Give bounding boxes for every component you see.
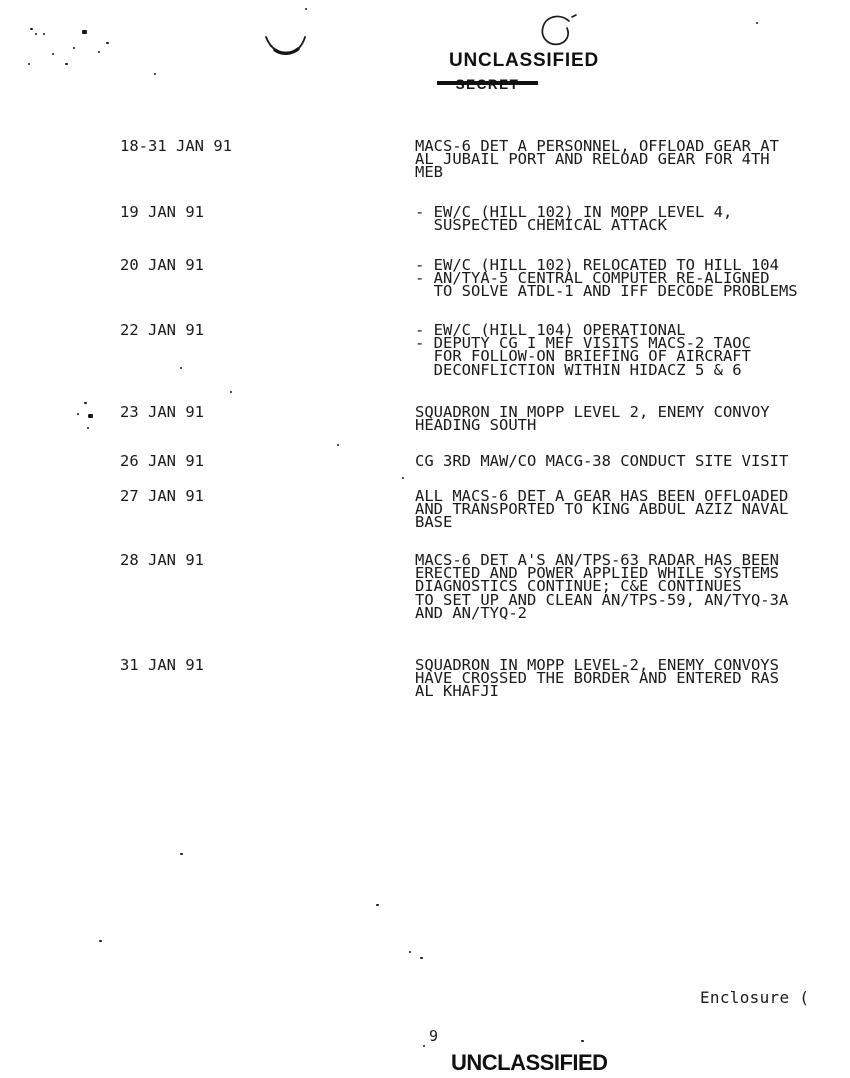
ink-speckle [65, 63, 68, 65]
ink-speckle [581, 1040, 584, 1042]
struck-classification: SECRET [437, 74, 538, 91]
ink-speckle [35, 33, 37, 35]
enclosure-label: Enclosure ( [700, 988, 809, 1007]
ink-speckle [154, 73, 156, 75]
ink-speckle [84, 402, 87, 404]
entry-date: 28 JAN 91 [120, 554, 204, 567]
entry-description: SQUADRON IN MOPP LEVEL 2, ENEMY CONVOY H… [415, 406, 770, 432]
ink-speckle [73, 47, 75, 49]
entry-description: CG 3RD MAW/CO MACG-38 CONDUCT SITE VISIT [415, 455, 788, 468]
entry-description: ALL MACS-6 DET A GEAR HAS BEEN OFFLOADED… [415, 490, 788, 530]
ink-speckle [88, 414, 93, 418]
entry-date: 31 JAN 91 [120, 659, 204, 672]
strikethrough-bar [437, 81, 538, 85]
ink-speckle [409, 951, 411, 953]
ink-speckle [77, 413, 79, 415]
classification-header: UNCLASSIFIED [449, 50, 599, 72]
handwritten-loop-scribble [536, 11, 578, 49]
ink-speckle [30, 28, 33, 30]
ink-speckle [43, 33, 45, 35]
ink-speckle [420, 957, 423, 959]
ink-speckle [87, 427, 89, 429]
classification-footer: UNCLASSIFIED [451, 1050, 608, 1076]
entry-date: 19 JAN 91 [120, 206, 204, 219]
ink-speckle [82, 30, 87, 34]
entry-description: - EW/C (HILL 102) IN MOPP LEVEL 4, SUSPE… [415, 206, 732, 232]
entry-date: 22 JAN 91 [120, 324, 204, 337]
ink-speckle [420, 688, 422, 690]
entry-description: SQUADRON IN MOPP LEVEL-2, ENEMY CONVOYS … [415, 659, 779, 699]
ink-speckle [337, 444, 339, 446]
ink-speckle [376, 904, 379, 906]
ink-speckle [106, 42, 109, 44]
ink-speckle [28, 63, 30, 65]
scanned-document-page: UNCLASSIFIED SECRET 18-31 JAN 91MACS-6 D… [0, 0, 850, 1078]
entry-description: MACS-6 DET A PERSONNEL, OFFLOAD GEAR AT … [415, 140, 779, 180]
entry-description: - EW/C (HILL 104) OPERATIONAL - DEPUTY C… [415, 324, 751, 377]
entry-date: 23 JAN 91 [120, 406, 204, 419]
secret-label: SECRET [456, 77, 520, 92]
ink-speckle [52, 53, 54, 55]
handwritten-scribble [264, 33, 306, 57]
ink-speckle [230, 391, 232, 393]
ink-speckle [756, 22, 758, 24]
entry-date: 18-31 JAN 91 [120, 140, 232, 153]
ink-speckle [180, 853, 183, 855]
entry-date: 26 JAN 91 [120, 455, 204, 468]
entry-date: 20 JAN 91 [120, 259, 204, 272]
ink-speckle [402, 477, 404, 479]
ink-speckle [305, 8, 307, 10]
page-number: 9 [429, 1027, 438, 1045]
ink-speckle [98, 51, 100, 53]
entry-date: 27 JAN 91 [120, 490, 204, 503]
entry-description: - EW/C (HILL 102) RELOCATED TO HILL 104 … [415, 259, 798, 299]
entry-description: MACS-6 DET A'S AN/TPS-63 RADAR HAS BEEN … [415, 554, 788, 620]
ink-speckle [99, 940, 102, 942]
ink-speckle [180, 367, 182, 369]
ink-speckle [423, 1045, 425, 1047]
